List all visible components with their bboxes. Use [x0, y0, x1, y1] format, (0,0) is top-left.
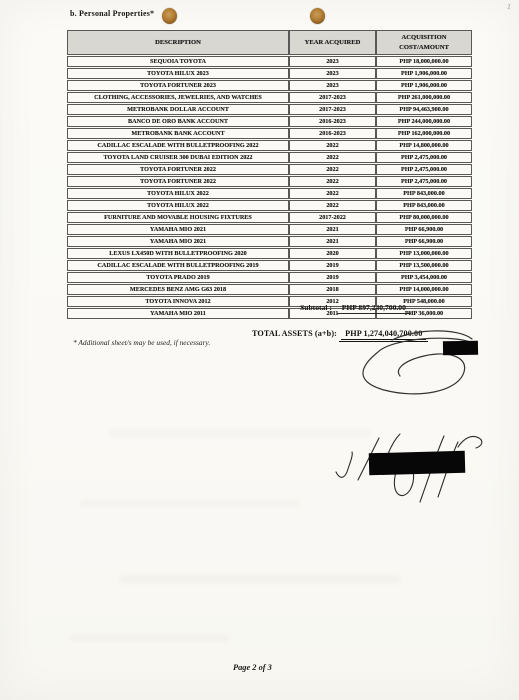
- cell-description: LEXUS LX450D WITH BULLETPROOFING 2020: [67, 248, 289, 259]
- header-row: DESCRIPTION YEAR ACQUIRED ACQUISITION CO…: [67, 30, 472, 55]
- cell-year: 2017-2022: [289, 212, 376, 223]
- cell-year: 2017-2023: [289, 92, 376, 103]
- table-row: BANCO DE ORO BANK ACCOUNT 2016-2023 PHP …: [67, 116, 472, 127]
- personal-properties-table: DESCRIPTION YEAR ACQUIRED ACQUISITION CO…: [67, 29, 472, 320]
- cell-year: 2016-2023: [289, 128, 376, 139]
- cell-year: 2022: [289, 164, 376, 175]
- table-row: METROBANK BANK ACCOUNT 2016-2023 PHP 162…: [67, 128, 472, 139]
- table-row: TOYOTA HILUX 2022 2022 PHP 843,000.00: [67, 188, 472, 199]
- table-row: MERCEDES BENZ AMG G63 2018 2018 PHP 14,0…: [67, 284, 472, 295]
- table-row: FURNITURE AND MOVABLE HOUSING FIXTURES 2…: [67, 212, 472, 223]
- cell-description: MERCEDES BENZ AMG G63 2018: [67, 284, 289, 295]
- cell-year: 2020: [289, 248, 376, 259]
- cell-year: 2019: [289, 272, 376, 283]
- cell-description: TOYOTA PRADO 2019: [67, 272, 289, 283]
- cell-year: 2021: [289, 236, 376, 247]
- page-number: Page 2 of 3: [233, 663, 272, 672]
- bleedthrough-smudge: [120, 575, 400, 583]
- punch-hole: [310, 8, 325, 24]
- cell-amount: PHP 18,000,000.00: [376, 56, 472, 67]
- table-row: TOYOTA LAND CRUISER 300 DUBAI EDITION 20…: [67, 152, 472, 163]
- additional-sheet-note: * Additional sheet/s may be used, if nec…: [73, 338, 210, 347]
- table-row: METROBANK DOLLAR ACCOUNT 2017-2023 PHP 9…: [67, 104, 472, 115]
- cell-description: YAMAHA MIO 2021: [67, 236, 289, 247]
- cell-amount: PHP 66,900.00: [376, 236, 472, 247]
- cell-year: 2023: [289, 68, 376, 79]
- cell-description: YAMAHA MIO 2011: [67, 308, 289, 319]
- cell-description: SEQUOIA TOYOTA: [67, 56, 289, 67]
- signature-with-redaction: [328, 428, 508, 523]
- cell-amount: PHP 244,000,000.00: [376, 116, 472, 127]
- cell-description: YAMAHA MIO 2021: [67, 224, 289, 235]
- cell-amount: PHP 843,000.00: [376, 200, 472, 211]
- bleedthrough-smudge: [110, 430, 370, 437]
- table-row: TOYOTA PRADO 2019 2019 PHP 3,454,000.00: [67, 272, 472, 283]
- cell-amount: PHP 1,906,000.00: [376, 80, 472, 91]
- subtotal-label: Subtotal :: [300, 303, 332, 312]
- cell-amount: PHP 14,800,000.00: [376, 140, 472, 151]
- cell-year: 2022: [289, 140, 376, 151]
- cell-amount: PHP 162,000,000.00: [376, 128, 472, 139]
- table-header: DESCRIPTION YEAR ACQUIRED ACQUISITION CO…: [67, 30, 472, 55]
- cell-amount: PHP 1,906,000.00: [376, 68, 472, 79]
- cell-year: 2022: [289, 176, 376, 187]
- table-row: TOYOTA FORTUNER 2022 2022 PHP 2,475,000.…: [67, 176, 472, 187]
- cell-description: TOYOTA LAND CRUISER 300 DUBAI EDITION 20…: [67, 152, 289, 163]
- table-row: CADILLAC ESCALADE WITH BULLETPROOFING 20…: [67, 260, 472, 271]
- table-row: TOYOTA FORTUNER 2022 2022 PHP 2,475,000.…: [67, 164, 472, 175]
- redaction-box: [369, 451, 466, 476]
- table-row: LEXUS LX450D WITH BULLETPROOFING 2020 20…: [67, 248, 472, 259]
- cell-year: 2018: [289, 284, 376, 295]
- total-assets-label: TOTAL ASSETS (a+b):: [252, 329, 337, 338]
- signature-scribble: [340, 330, 510, 410]
- col-header-description: DESCRIPTION: [67, 30, 289, 55]
- cell-year: 2017-2023: [289, 104, 376, 115]
- col-header-acquisition-cost: ACQUISITION COST/AMOUNT: [376, 30, 472, 55]
- subtotal-value: PHP 897,240,700.00: [337, 303, 411, 314]
- total-assets-value: PHP 1,274,040,700.00: [341, 329, 426, 340]
- cell-year: 2023: [289, 56, 376, 67]
- cell-description: TOYOTA FORTUNER 2022: [67, 164, 289, 175]
- cell-description: TOYOTA HILUX 2023: [67, 68, 289, 79]
- cell-description: TOYOTA HILUX 2022: [67, 200, 289, 211]
- cell-year: 2022: [289, 188, 376, 199]
- cell-description: TOYOTA INNOVA 2012: [67, 296, 289, 307]
- punch-hole: [162, 8, 177, 24]
- cell-amount: PHP 2,475,000.00: [376, 176, 472, 187]
- table-row: YAMAHA MIO 2021 2021 PHP 66,900.00: [67, 236, 472, 247]
- cell-description: CADILLAC ESCALADE WITH BULLETPROOFING 20…: [67, 260, 289, 271]
- cell-description: METROBANK DOLLAR ACCOUNT: [67, 104, 289, 115]
- cell-description: TOYOTA FORTUNER 2022: [67, 176, 289, 187]
- cell-year: 2016-2023: [289, 116, 376, 127]
- cell-description: CLOTHING, ACCESSORIES, JEWELRIES, AND WA…: [67, 92, 289, 103]
- cell-year: 2023: [289, 80, 376, 91]
- cell-amount: PHP 80,000,000.00: [376, 212, 472, 223]
- table-row: SEQUOIA TOYOTA 2023 PHP 18,000,000.00: [67, 56, 472, 67]
- cell-year: 2022: [289, 152, 376, 163]
- scanned-document-page: 1 b. Personal Properties* DESCRIPTION YE…: [0, 0, 519, 700]
- cell-amount: PHP 843,000.00: [376, 188, 472, 199]
- table-body: SEQUOIA TOYOTA 2023 PHP 18,000,000.00 TO…: [67, 56, 472, 319]
- cell-amount: PHP 261,000,000.00: [376, 92, 472, 103]
- table-row: CLOTHING, ACCESSORIES, JEWELRIES, AND WA…: [67, 92, 472, 103]
- bleedthrough-smudge: [70, 635, 230, 641]
- cell-amount: PHP 3,454,000.00: [376, 272, 472, 283]
- cell-description: FURNITURE AND MOVABLE HOUSING FIXTURES: [67, 212, 289, 223]
- col-header-year-acquired: YEAR ACQUIRED: [289, 30, 376, 55]
- table-row: CADILLAC ESCALADE WITH BULLETPROOFING 20…: [67, 140, 472, 151]
- cell-year: 2021: [289, 224, 376, 235]
- cell-description: CADILLAC ESCALADE WITH BULLETPROOFING 20…: [67, 140, 289, 151]
- cell-year: 2022: [289, 200, 376, 211]
- cell-amount: PHP 2,475,000.00: [376, 152, 472, 163]
- cell-amount: PHP 94,463,900.00: [376, 104, 472, 115]
- cell-amount: PHP 13,500,000.00: [376, 260, 472, 271]
- table-row: TOYOTA FORTUNER 2023 2023 PHP 1,906,000.…: [67, 80, 472, 91]
- cell-description: BANCO DE ORO BANK ACCOUNT: [67, 116, 289, 127]
- cell-year: 2019: [289, 260, 376, 271]
- table-row: TOYOTA HILUX 2022 2022 PHP 843,000.00: [67, 200, 472, 211]
- section-title: b. Personal Properties*: [70, 9, 154, 18]
- cell-description: TOYOTA HILUX 2022: [67, 188, 289, 199]
- cell-description: TOYOTA FORTUNER 2023: [67, 80, 289, 91]
- corner-mark: 1: [506, 2, 511, 11]
- cell-amount: PHP 14,000,000.00: [376, 284, 472, 295]
- table-row: TOYOTA HILUX 2023 2023 PHP 1,906,000.00: [67, 68, 472, 79]
- redaction-box: [443, 341, 478, 356]
- table-row: YAMAHA MIO 2021 2021 PHP 66,900.00: [67, 224, 472, 235]
- cell-amount: PHP 2,475,000.00: [376, 164, 472, 175]
- subtotal-line: Subtotal : PHP 897,240,700.00: [300, 303, 470, 312]
- cell-amount: PHP 66,900.00: [376, 224, 472, 235]
- cell-amount: PHP 13,000,000.00: [376, 248, 472, 259]
- cell-description: METROBANK BANK ACCOUNT: [67, 128, 289, 139]
- bleedthrough-smudge: [80, 500, 300, 507]
- total-assets-line: TOTAL ASSETS (a+b): PHP 1,274,040,700.00: [252, 329, 426, 338]
